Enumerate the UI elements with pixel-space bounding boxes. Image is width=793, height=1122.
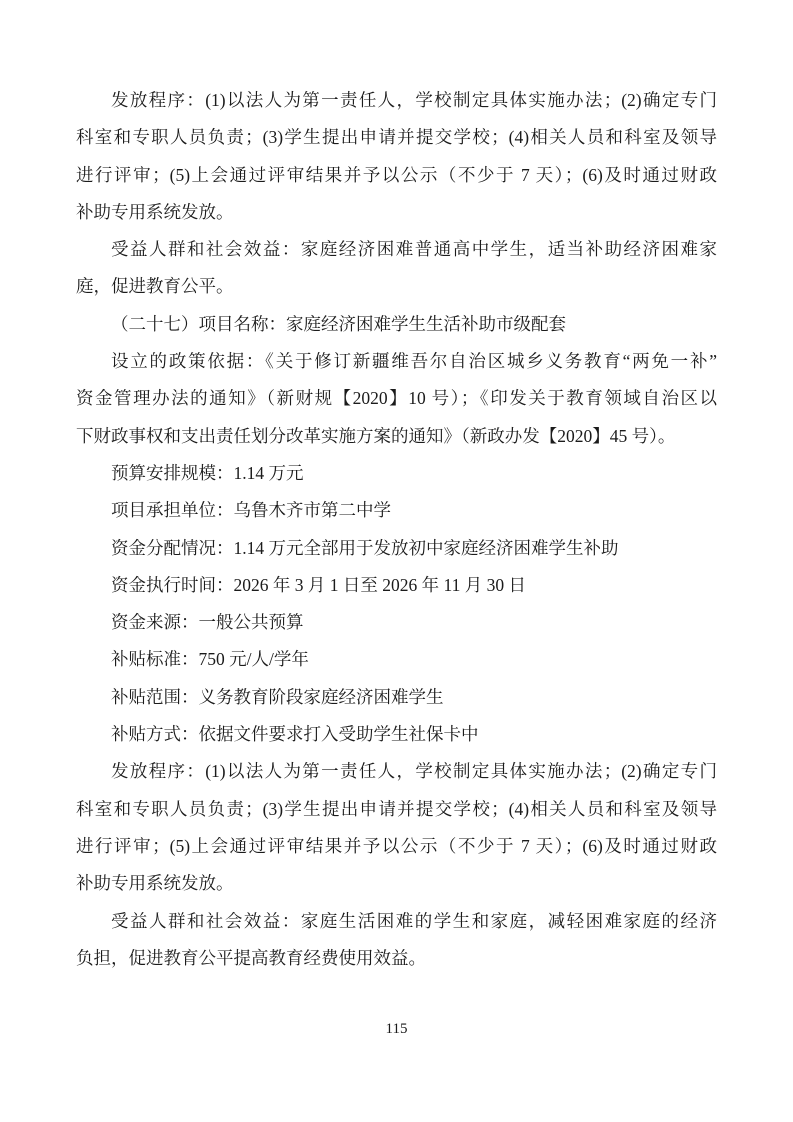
document-line: 预算安排规模：1.14 万元	[76, 455, 717, 492]
paragraph-policy-basis: 设立的政策依据：《关于修订新疆维吾尔自治区城乡义务教育“两免一补” 资金管理办法…	[76, 343, 717, 455]
paragraph-disbursement-procedure-2: 发放程序：(1)以法人为第一责任人，学校制定具体实施办法；(2)确定专门 科室和…	[76, 753, 717, 902]
document-line: 进行评审；(5)上会通过评审结果并予以公示（不少于 7 天）；(6)及时通过财政	[76, 828, 717, 865]
document-line: 科室和专职人员负责；(3)学生提出申请并提交学校；(4)相关人员和科室及领导	[76, 119, 717, 156]
paragraph-fund-allocation: 资金分配情况：1.14 万元全部用于发放初中家庭经济困难学生补助	[76, 530, 717, 567]
document-line: 补助专用系统发放。	[76, 865, 717, 902]
document-line: 下财政事权和支出责任划分改革实施方案的通知》（新政办发【2020】45 号）。	[76, 418, 717, 455]
document-line: 资金分配情况：1.14 万元全部用于发放初中家庭经济困难学生补助	[76, 530, 717, 567]
document-line: 资金来源：一般公共预算	[76, 604, 717, 641]
document-line: 资金执行时间：2026 年 3 月 1 日至 2026 年 11 月 30 日	[76, 567, 717, 604]
document-line: 进行评审；(5)上会通过评审结果并予以公示（不少于 7 天）；(6)及时通过财政	[76, 157, 717, 194]
paragraph-budget-scale: 预算安排规模：1.14 万元	[76, 455, 717, 492]
document-line: 发放程序：(1)以法人为第一责任人，学校制定具体实施办法；(2)确定专门	[76, 82, 717, 119]
document-line: 庭，促进教育公平。	[76, 268, 717, 305]
page-number: 115	[0, 1019, 793, 1039]
document-line: 受益人群和社会效益：家庭生活困难的学生和家庭，减轻困难家庭的经济	[76, 903, 717, 940]
paragraph-disbursement-procedure: 发放程序：(1)以法人为第一责任人，学校制定具体实施办法；(2)确定专门 科室和…	[76, 82, 717, 231]
document-line: 发放程序：(1)以法人为第一责任人，学校制定具体实施办法；(2)确定专门	[76, 753, 717, 790]
paragraph-fund-source: 资金来源：一般公共预算	[76, 604, 717, 641]
paragraph-subsidy-method: 补贴方式：依据文件要求打入受助学生社保卡中	[76, 716, 717, 753]
document-page: 发放程序：(1)以法人为第一责任人，学校制定具体实施办法；(2)确定专门 科室和…	[0, 0, 793, 1122]
paragraph-subsidy-scope: 补贴范围：义务教育阶段家庭经济困难学生	[76, 679, 717, 716]
document-line: 项目承担单位：乌鲁木齐市第二中学	[76, 492, 717, 529]
document-line: 补贴范围：义务教育阶段家庭经济困难学生	[76, 679, 717, 716]
document-line: 受益人群和社会效益：家庭经济困难普通高中学生，适当补助经济困难家	[76, 231, 717, 268]
paragraph-execution-period: 资金执行时间：2026 年 3 月 1 日至 2026 年 11 月 30 日	[76, 567, 717, 604]
paragraph-beneficiaries-2: 受益人群和社会效益：家庭生活困难的学生和家庭，减轻困难家庭的经济 负担，促进教育…	[76, 903, 717, 978]
document-line: 科室和专职人员负责；(3)学生提出申请并提交学校；(4)相关人员和科室及领导	[76, 791, 717, 828]
document-line: 补助专用系统发放。	[76, 194, 717, 231]
paragraph-undertaking-unit: 项目承担单位：乌鲁木齐市第二中学	[76, 492, 717, 529]
document-line: 补贴标准：750 元/人/学年	[76, 641, 717, 678]
paragraph-project-title: （二十七）项目名称：家庭经济困难学生生活补助市级配套	[76, 306, 717, 343]
document-line: 资金管理办法的通知》（新财规【2020】10 号）；《印发关于教育领域自治区以	[76, 380, 717, 417]
paragraph-subsidy-standard: 补贴标准：750 元/人/学年	[76, 641, 717, 678]
paragraph-beneficiaries: 受益人群和社会效益：家庭经济困难普通高中学生，适当补助经济困难家 庭，促进教育公…	[76, 231, 717, 306]
document-body: 发放程序：(1)以法人为第一责任人，学校制定具体实施办法；(2)确定专门 科室和…	[76, 82, 717, 977]
document-line: 设立的政策依据：《关于修订新疆维吾尔自治区城乡义务教育“两免一补”	[76, 343, 717, 380]
document-line: 负担，促进教育公平提高教育经费使用效益。	[76, 940, 717, 977]
document-line: 补贴方式：依据文件要求打入受助学生社保卡中	[76, 716, 717, 753]
document-line: （二十七）项目名称：家庭经济困难学生生活补助市级配套	[76, 306, 717, 343]
